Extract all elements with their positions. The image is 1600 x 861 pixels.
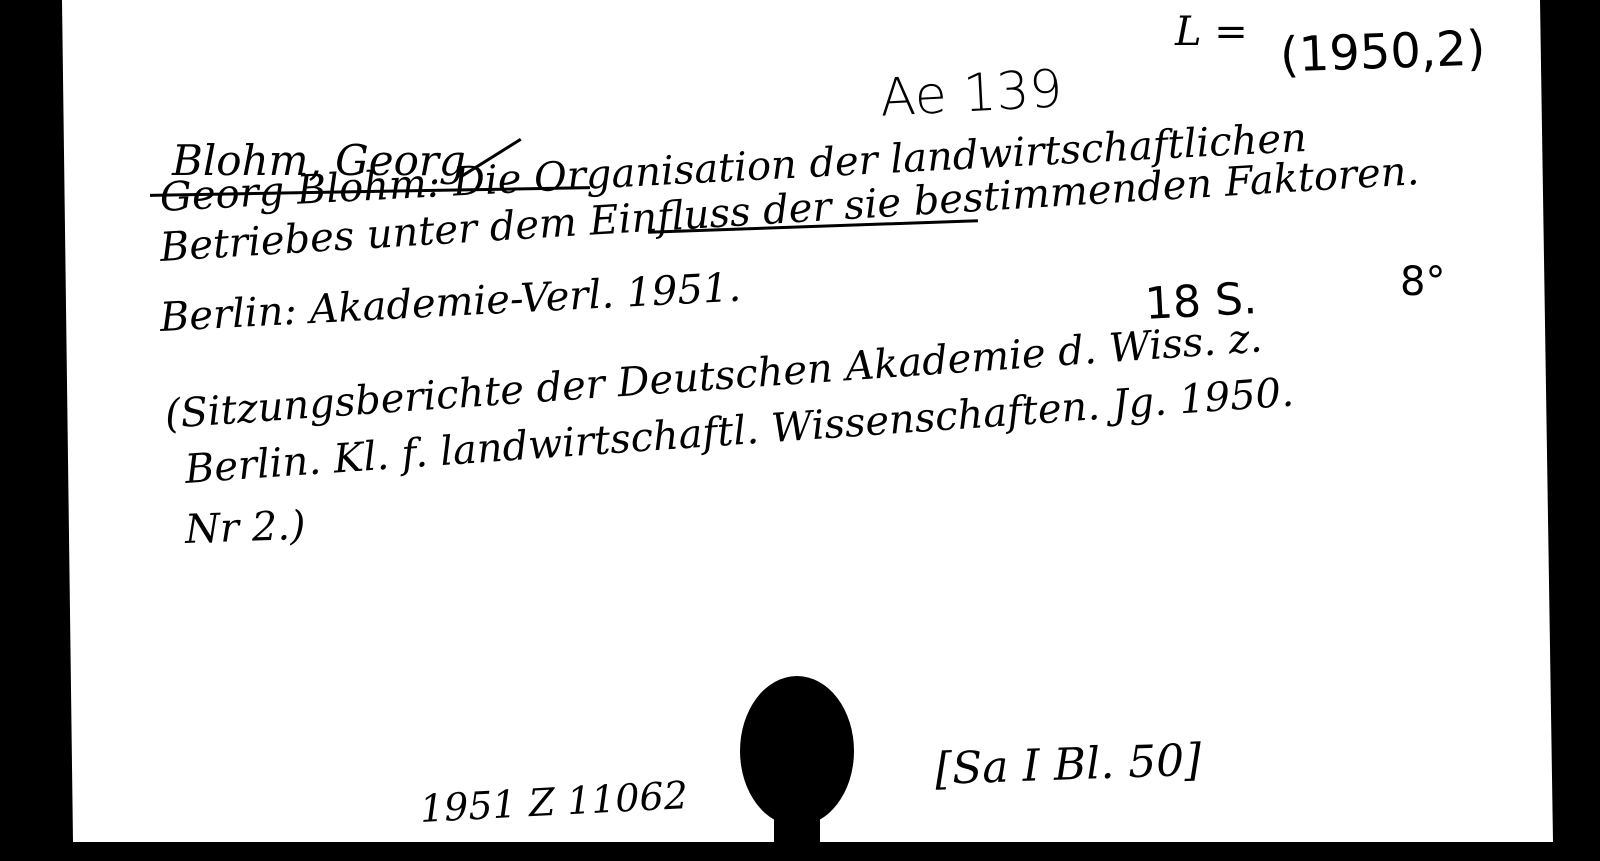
series-line-3: Nr 2.) xyxy=(184,506,306,550)
shelfmark: Ae 139 xyxy=(879,63,1064,124)
location-note: [Sa I Bl. 50] xyxy=(934,739,1202,792)
catalog-card: Ae 139 L = (1950,2) Blohm, Georg Georg B… xyxy=(0,0,1600,861)
punch-hole xyxy=(740,676,854,846)
volume-reference: (1950,2) xyxy=(1279,24,1486,79)
book-format: 8° xyxy=(1400,262,1445,302)
marker-note: L = xyxy=(1175,12,1248,52)
